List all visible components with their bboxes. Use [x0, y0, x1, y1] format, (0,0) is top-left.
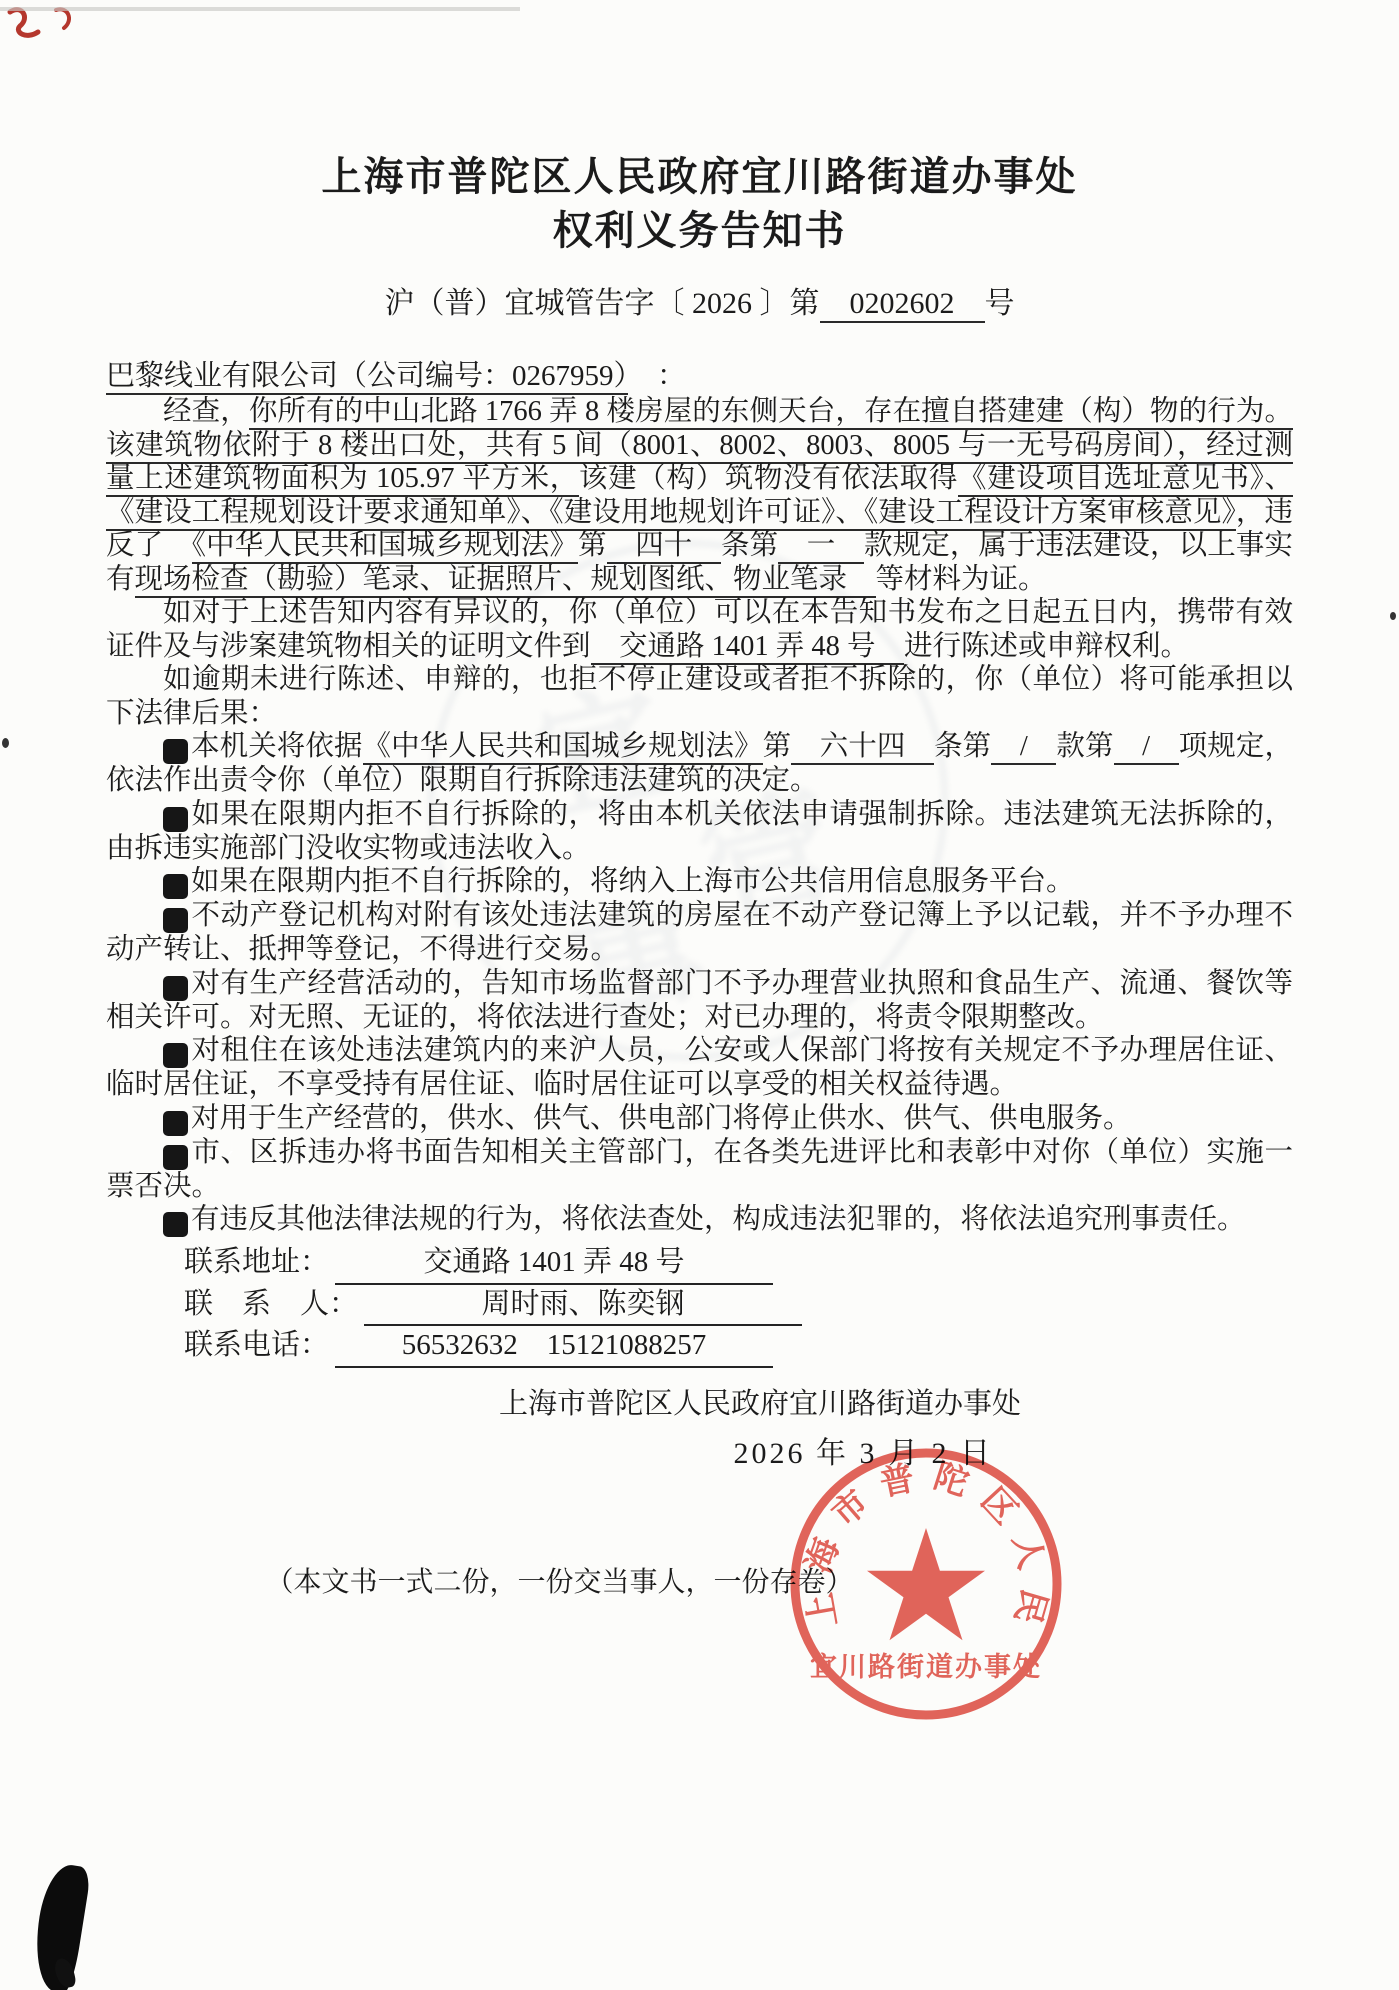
contact-block: 联系地址：交通路 1401 弄 48 号 联 系 人：周时雨、陈奕钢 联系电话：…: [106, 1243, 1293, 1368]
consequence-text: 有违反其他法律法规的行为，将依法查处，构成违法犯罪的，将依法追究刑事责任。: [191, 1204, 1246, 1235]
contact-person-value: 周时雨、陈奕钢: [364, 1285, 802, 1327]
paragraph-overdue-warning: 如逾期未进行陈述、申辩的，也拒不停止建设或者拒不拆除的，你（单位）将可能承担以下…: [106, 663, 1293, 730]
dust-speck: [2, 738, 9, 748]
consequence-item-3: ✓如果在限期内拒不自行拆除的，将纳入上海市公共信用信息服务平台。: [106, 865, 1293, 899]
checkbox-checked-icon: ✓: [163, 807, 188, 832]
consequence-item-7: ✓对用于生产经营的，供水、供气、供电部门将停止供水、供气、供电服务。: [106, 1102, 1293, 1136]
red-pen-marks-artifact: [4, 2, 114, 72]
consequence-item-4: ✓不动产登记机构对附有该处违法建筑的房屋在不动产登记簿上予以记载，并不予办理不动…: [106, 899, 1293, 967]
contact-address-row: 联系地址：交通路 1401 弄 48 号: [184, 1243, 1293, 1285]
seal-star-icon: [867, 1528, 985, 1640]
checkbox-checked-icon: ✓: [163, 1043, 188, 1068]
consequence-text: 市、区拆违办将书面告知相关主管部门，在各类先进评比和表彰中对你（单位）实施一票否…: [106, 1137, 1293, 1202]
official-red-seal: 上海市普陀区人民政府 宜川路街道办事处: [778, 1436, 1074, 1732]
checkbox-checked-icon: ✓: [163, 1212, 188, 1237]
checkbox-checked-icon: ✓: [163, 976, 188, 1001]
scanned-notice-page: 宜 管 事 上海市普陀区人民政府宜川路街道办事处 权利义务告知书 沪（普）宜城管…: [0, 0, 1399, 1990]
document-title: 上海市普陀区人民政府宜川路街道办事处 权利义务告知书: [106, 150, 1293, 258]
consequence-text: 对有生产经营活动的，告知市场监督部门不予办理营业执照和食品生产、流通、餐饮等相关…: [106, 968, 1293, 1033]
recipient-line: 巴黎线业有限公司（公司编号：0267959） ：: [106, 358, 1293, 395]
scan-streak-artifact: [0, 7, 520, 11]
document-content: 上海市普陀区人民政府宜川路街道办事处 权利义务告知书 沪（普）宜城管告字〔 20…: [0, 0, 1399, 1601]
title-line-doc-type: 权利义务告知书: [106, 204, 1293, 258]
consequence-text: 本机关将依据《中华人民共和国城乡规划法》第 六十四 条第 / 款第 / 项规定，…: [106, 731, 1293, 796]
consequence-text: 如果在限期内拒不自行拆除的，将由本机关依法申请强制拆除。违法建筑无法拆除的，由拆…: [106, 799, 1293, 864]
consequence-item-2: ✓如果在限期内拒不自行拆除的，将由本机关依法申请强制拆除。违法建筑无法拆除的，由…: [106, 798, 1293, 866]
contact-address-value: 交通路 1401 弄 48 号: [335, 1243, 773, 1285]
contact-phone-row: 联系电话：56532632 15121088257: [184, 1326, 1293, 1368]
seal-bottom-text: 宜川路街道办事处: [810, 1651, 1042, 1682]
signature-organization: 上海市普陀区人民政府宜川路街道办事处: [106, 1386, 1021, 1423]
consequence-item-8: ✓市、区拆违办将书面告知相关主管部门，在各类先进评比和表彰中对你（单位）实施一票…: [106, 1136, 1293, 1204]
consequence-text: 如果在限期内拒不自行拆除的，将纳入上海市公共信用信息服务平台。: [191, 866, 1075, 897]
checkbox-checked-icon: ✓: [163, 739, 188, 764]
contact-person-label: 联 系 人：: [184, 1288, 358, 1320]
consequence-text: 不动产登记机构对附有该处违法建筑的房屋在不动产登记簿上予以记载，并不予办理不动产…: [106, 900, 1293, 965]
contact-phone-label: 联系电话：: [184, 1329, 329, 1361]
document-number-line: 沪（普）宜城管告字〔 2026 〕第 0202602 号: [106, 284, 1293, 324]
paragraph-objection-rights: 如对于上述告知内容有异议的，你（单位）可以在本告知书发布之日起五日内，携带有效证…: [106, 596, 1293, 663]
consequence-item-1: ✓本机关将依据《中华人民共和国城乡规划法》第 六十四 条第 / 款第 / 项规定…: [106, 730, 1293, 798]
checkbox-checked-icon: ✓: [163, 1145, 188, 1170]
contact-address-label: 联系地址：: [184, 1246, 329, 1278]
checkbox-checked-icon: ✓: [163, 1111, 188, 1136]
consequence-text: 对用于生产经营的，供水、供气、供电部门将停止供水、供气、供电服务。: [191, 1103, 1132, 1134]
checkbox-checked-icon: ✓: [163, 908, 188, 933]
dust-speck: [1390, 612, 1396, 620]
consequence-text: 对租住在该处违法建筑内的来沪人员，公安或人保部门将按有关规定不予办理居住证、临时…: [106, 1035, 1293, 1100]
consequence-item-6: ✓对租住在该处违法建筑内的来沪人员，公安或人保部门将按有关规定不予办理居住证、临…: [106, 1034, 1293, 1102]
contact-person-row: 联 系 人：周时雨、陈奕钢: [184, 1285, 1293, 1327]
checkbox-checked-icon: ✓: [163, 874, 188, 899]
contact-phone-value: 56532632 15121088257: [335, 1326, 773, 1368]
title-line-authority: 上海市普陀区人民政府宜川路街道办事处: [106, 150, 1293, 204]
consequence-list: ✓本机关将依据《中华人民共和国城乡规划法》第 六十四 条第 / 款第 / 项规定…: [106, 730, 1293, 1237]
consequence-item-9: ✓有违反其他法律法规的行为，将依法查处，构成违法犯罪的，将依法追究刑事责任。: [106, 1203, 1293, 1237]
consequence-item-5: ✓对有生产经营活动的，告知市场监督部门不予办理营业执照和食品生产、流通、餐饮等相…: [106, 967, 1293, 1035]
paragraph-findings: 经查，你所有的中山北路 1766 弄 8 楼房屋的东侧天台，存在擅自搭建建（构）…: [106, 395, 1293, 596]
